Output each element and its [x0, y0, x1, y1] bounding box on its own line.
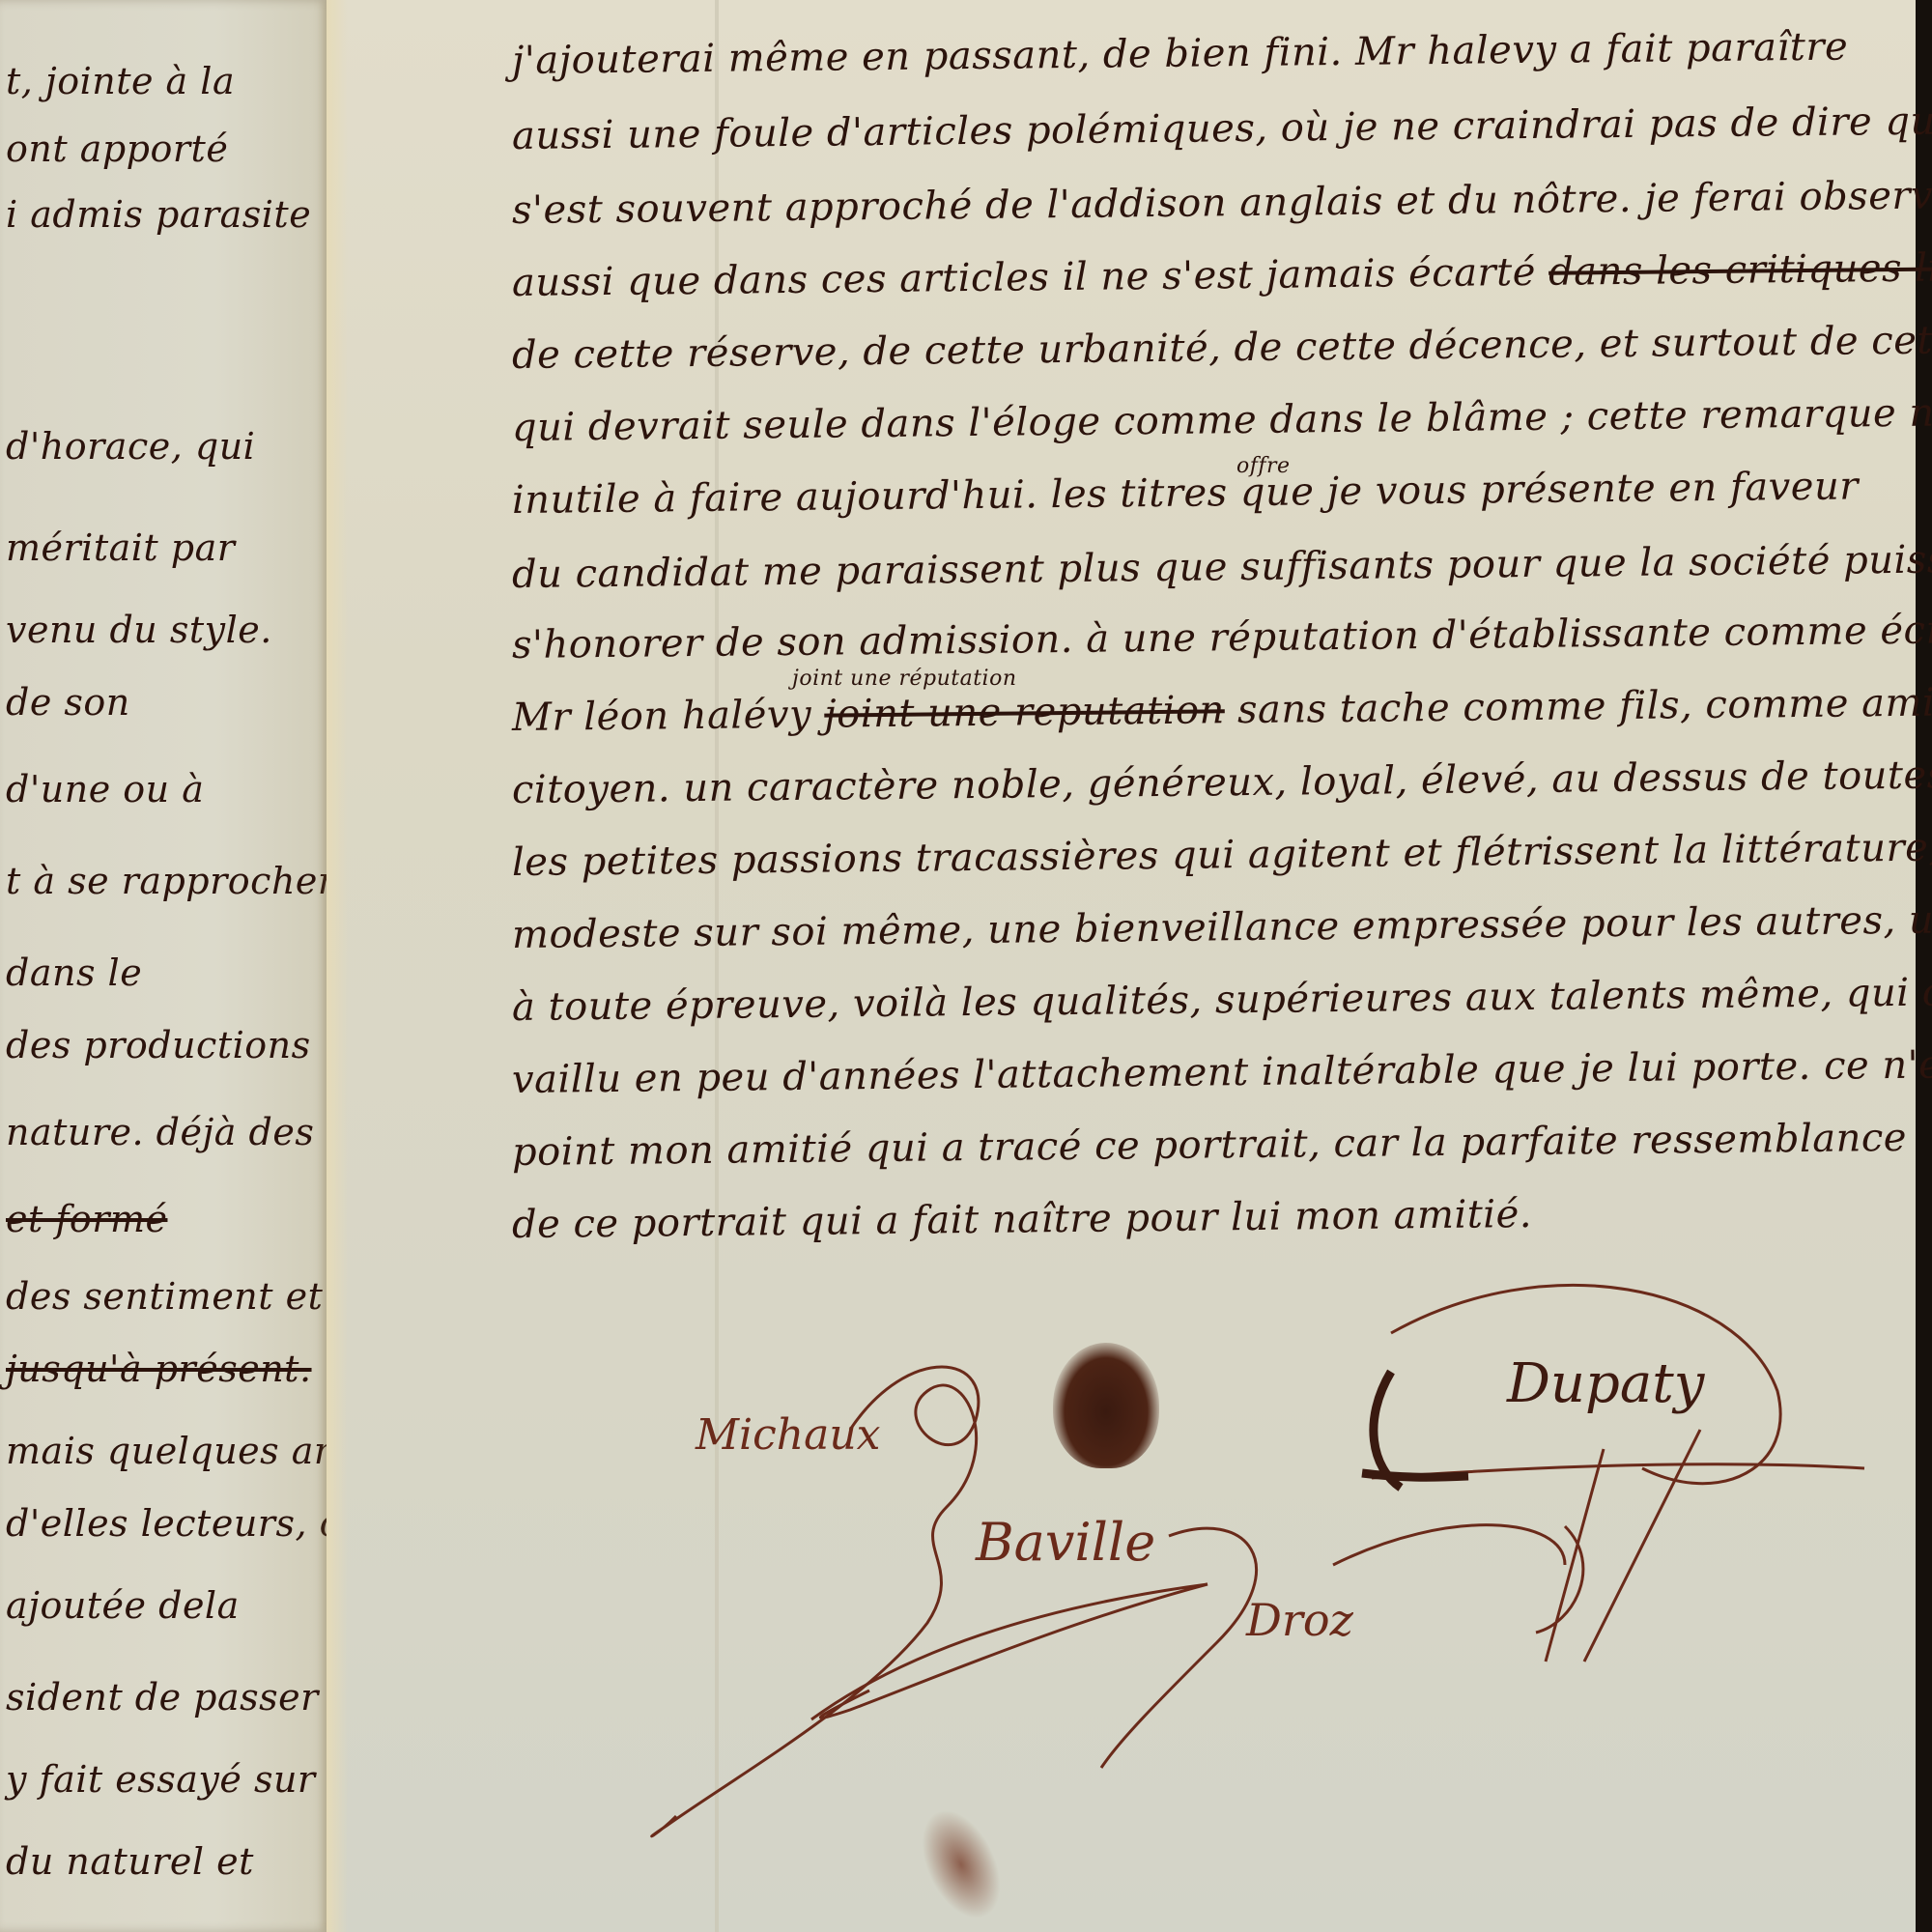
left-page: t, jointe à la ont apporté i admis paras…: [0, 0, 357, 1932]
interlinear-insert: joint une réputation: [792, 667, 1017, 691]
left-line: du naturel et: [6, 1840, 254, 1883]
left-line: dans le: [6, 952, 142, 994]
signature-baville: Baville: [976, 1512, 1155, 1573]
left-line: y fait essayé sur: [6, 1758, 316, 1801]
left-line: d'elles lecteurs, ce: [6, 1502, 357, 1545]
left-line: des productions: [6, 1024, 311, 1066]
ink-blot: [1053, 1343, 1159, 1468]
interlinear-insert: offre: [1236, 454, 1291, 478]
left-line: d'horace, qui: [6, 425, 255, 468]
left-line: sident de passer: [6, 1676, 319, 1719]
left-line: de son: [6, 681, 130, 724]
left-line-struck: et formé: [6, 1198, 167, 1240]
letter-line-text: Mr léon halévy: [512, 693, 812, 740]
letter-line-text: sans tache comme fils, comme ami, comme: [1237, 679, 1932, 732]
left-line: t à se rapprocher: [6, 860, 336, 902]
left-line: ont apporté: [6, 128, 228, 170]
struck-text: dans les critiques littéraires: [1548, 244, 1932, 295]
left-line-struck: jusqu'à présent.: [6, 1348, 312, 1390]
left-line: ajoutée dela: [6, 1584, 240, 1627]
left-line: t, jointe à la: [6, 60, 235, 102]
left-line: venu du style.: [6, 609, 272, 651]
left-line: méritait par: [6, 526, 235, 569]
signature-droz: Droz: [1246, 1594, 1353, 1646]
left-line: i admis parasite: [6, 193, 311, 236]
signature-dupaty: Dupaty: [1507, 1352, 1704, 1415]
signature-michaux: Michaux: [696, 1410, 881, 1460]
left-line: nature. déjà des: [6, 1111, 314, 1153]
left-line: d'une ou à: [6, 768, 204, 810]
left-line: mais quelques années: [6, 1430, 357, 1472]
struck-text: joint une reputation: [824, 688, 1225, 736]
left-line: des sentiment et: [6, 1275, 323, 1318]
